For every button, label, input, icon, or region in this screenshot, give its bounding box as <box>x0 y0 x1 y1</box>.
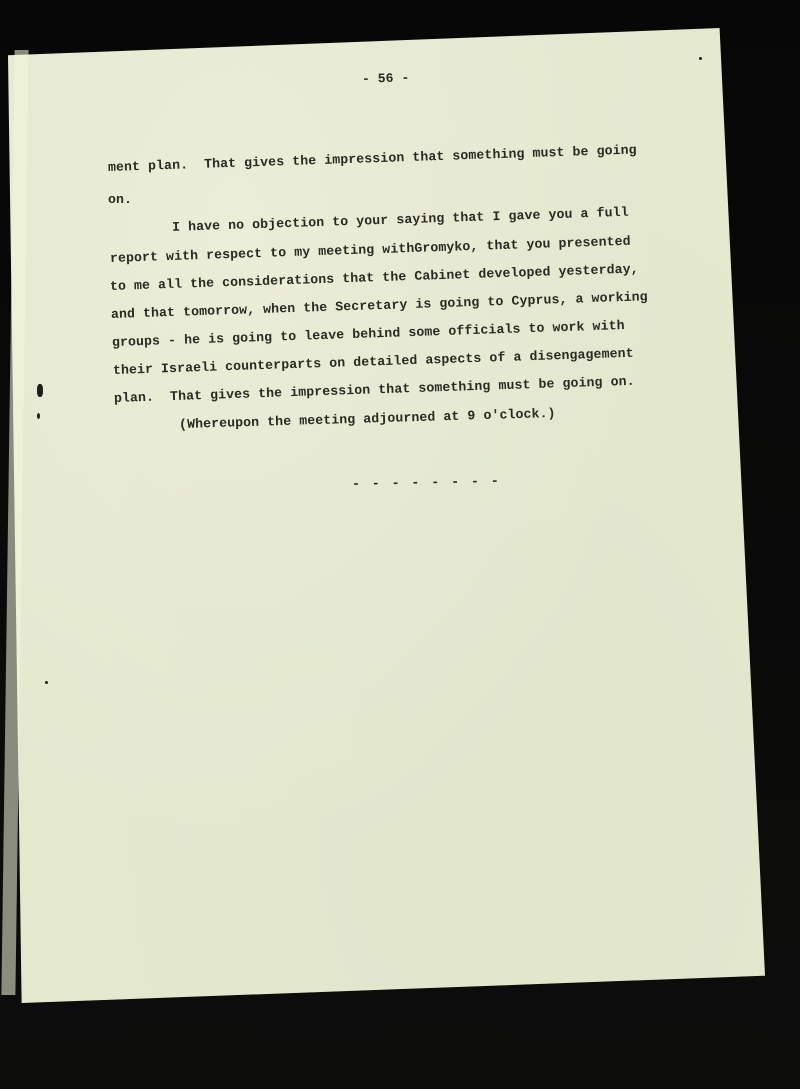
paper-speck-top <box>699 57 702 60</box>
end-separator: - - - - - - - - <box>352 473 501 491</box>
text-line-8: their Israeli counterparts on detailed a… <box>113 346 634 378</box>
text-line-9: plan. That gives the impression that som… <box>114 374 635 406</box>
text-line-7: groups - he is going to leave behind som… <box>112 318 625 350</box>
text-line-2: on. <box>108 192 132 207</box>
document-text: - 56 - ment plan. That gives the impress… <box>0 0 800 1089</box>
text-line-3: I have no objection to your saying that … <box>108 205 629 237</box>
margin-mark <box>37 384 43 397</box>
page-number: - 56 - <box>362 70 410 86</box>
text-line-10: (Whereupon the meeting adjourned at 9 o'… <box>115 406 556 434</box>
margin-mark-small <box>37 413 40 419</box>
scanned-document-view: - 56 - ment plan. That gives the impress… <box>0 0 800 1089</box>
text-line-5: to me all the considerations that the Ca… <box>110 261 639 294</box>
text-line-6: and that tomorrow, when the Secretary is… <box>111 289 648 322</box>
text-line-1: ment plan. That gives the impression tha… <box>108 142 637 175</box>
paper-speck <box>45 681 48 684</box>
text-line-4: report with respect to my meeting withGr… <box>110 234 631 266</box>
